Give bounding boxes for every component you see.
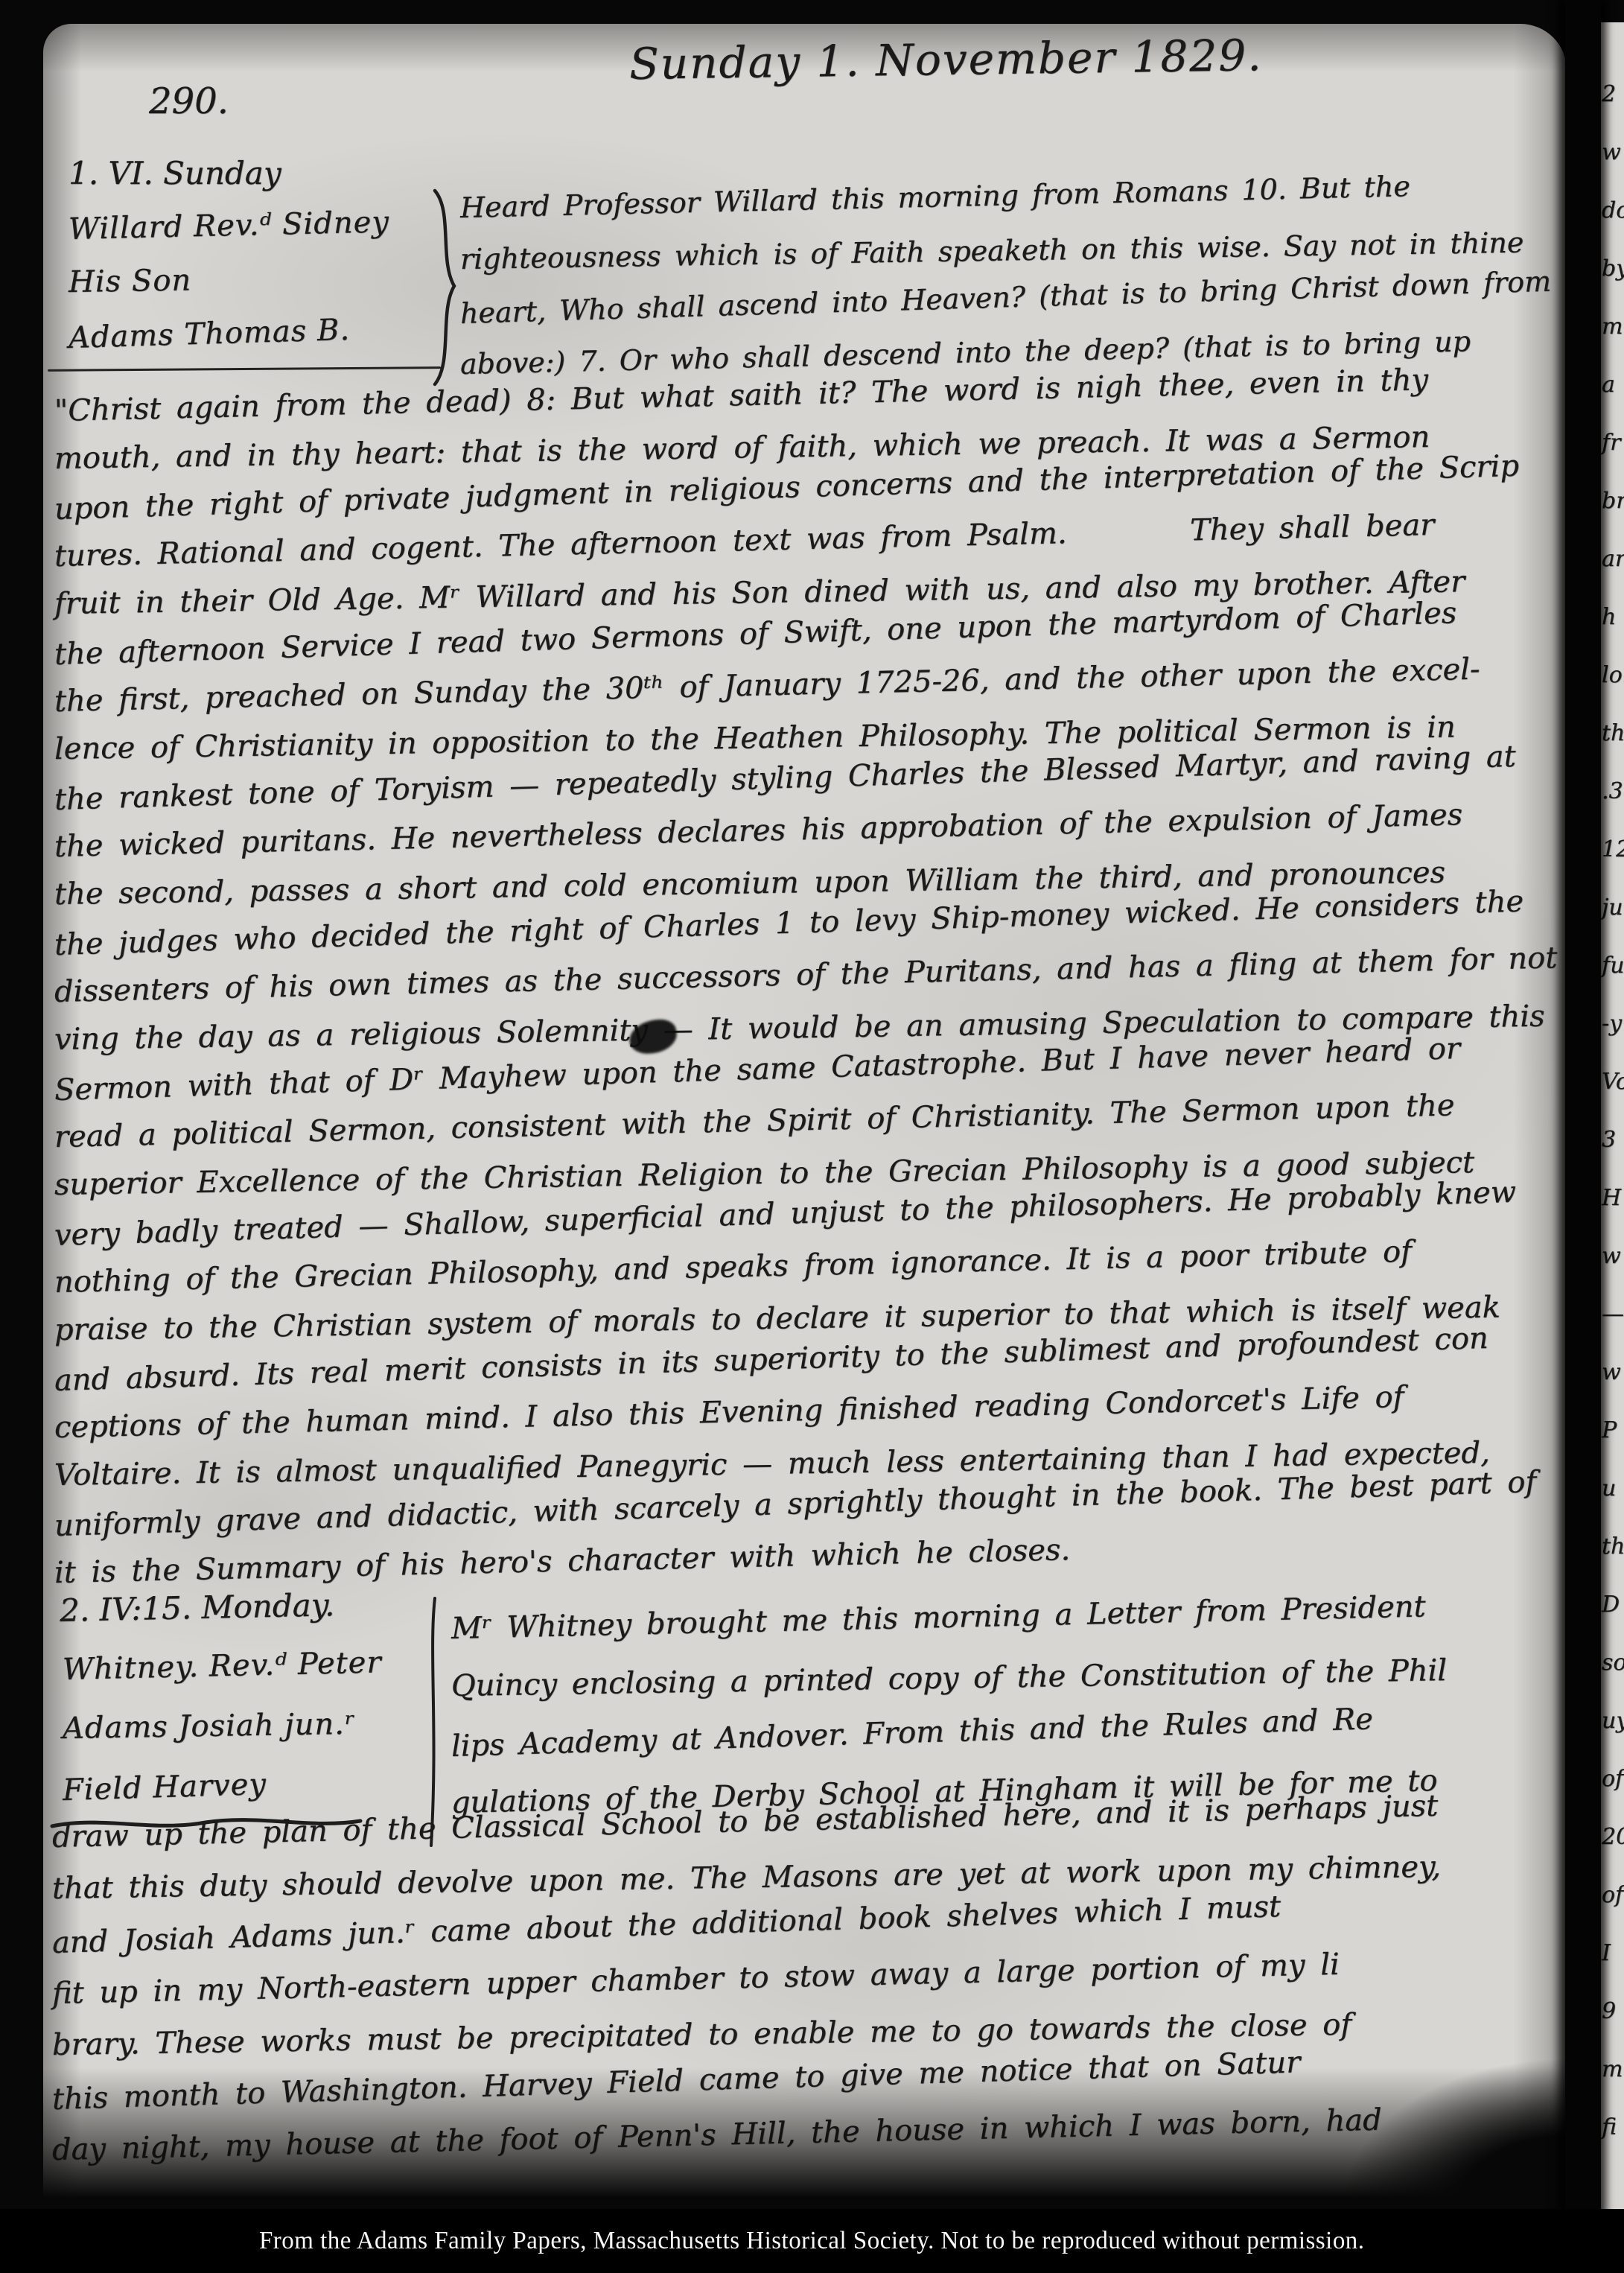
manuscript-scan: 290. Sunday 1. November 1829. 1. VI. Sun… [0,0,1624,2273]
margin-divider-line [48,366,441,372]
partial-glyph: th [1602,705,1624,763]
partial-glyph: 9 [1602,1983,1624,2041]
page-number: 290. [149,80,229,122]
partial-glyph: fu [1602,937,1624,995]
partial-glyph: — [1602,1285,1624,1344]
partial-glyph: 12 [1602,821,1624,879]
partial-glyph: w [1602,124,1624,182]
partial-glyph: .3 [1602,763,1624,821]
partial-glyph: fr [1602,414,1624,472]
caption-bar: From the Adams Family Papers, Massachuse… [0,2209,1624,2273]
partial-glyph: u [1602,1460,1624,1518]
margin-name: Adams Thomas B. [68,302,390,365]
partial-glyph: 3 [1602,1111,1624,1169]
date-header: Sunday 1. November 1829. [629,30,1263,89]
partial-glyph: of [1602,1866,1624,1924]
partial-glyph: w [1602,1344,1624,1402]
partial-glyph: -y [1602,995,1624,1053]
partial-glyph: do [1602,182,1624,240]
partial-glyph: I [1602,1924,1624,1983]
book-gutter [1565,0,1601,2273]
partial-glyph: D [1602,1576,1624,1634]
partial-glyph: so [1602,1634,1624,1692]
facing-page-sliver: 2wdobymafrbrarhlorth.312jufu-yVo3Hw—wPut… [1598,22,1624,2209]
margin-name: Whitney. Rev.ᵈ Peter [62,1633,382,1700]
partial-glyph: ar [1602,530,1624,588]
partial-glyph: br [1602,472,1624,530]
partial-glyph: of [1602,1750,1624,1808]
entry1-margin-names: Willard Rev.ᵈ SidneyHis SonAdams Thomas … [69,203,389,363]
diary-page: 290. Sunday 1. November 1829. 1. VI. Sun… [43,24,1567,2209]
partial-glyph: a [1602,356,1624,414]
partial-glyph: P [1602,1402,1624,1460]
partial-glyph: ju [1602,879,1624,937]
partial-glyph: uy [1602,1692,1624,1750]
partial-glyph: Vo [1602,1053,1624,1111]
partial-glyph: fi [1602,2099,1624,2157]
entry2-margin-names: Whitney. Rev.ᵈ PeterAdams Josiah jun.ʳFi… [63,1640,382,1819]
partial-glyph: 20 [1602,1808,1624,1866]
partial-glyph: H [1602,1169,1624,1227]
partial-glyph: m [1602,298,1624,356]
margin-name: Willard Rev.ᵈ Sidney [68,195,390,256]
entry1-body: "Christ again from the dead) 8: But what… [54,387,1567,1598]
partial-glyph: w [1602,1227,1624,1285]
scan-shadow [43,2067,1567,2209]
partial-glyph: lor [1602,646,1624,705]
brace-icon [430,186,463,389]
partial-glyph: h [1602,588,1624,646]
entry2-heading: 2. IV:15. Monday. [60,1586,335,1629]
partial-glyph: 2 [1602,66,1624,124]
margin-name: His Son [68,250,389,309]
margin-name: Adams Josiah jun.ʳ [62,1694,382,1758]
partial-glyph: m [1602,2041,1624,2099]
partial-glyph: by [1602,240,1624,298]
entry1-heading: 1. VI. Sunday [69,155,281,191]
partial-glyph: th [1602,1518,1624,1576]
facing-page-glyphs: 2wdobymafrbrarhlorth.312jufu-yVo3Hw—wPut… [1598,22,1624,2157]
caption-text: From the Adams Family Papers, Massachuse… [259,2227,1365,2255]
